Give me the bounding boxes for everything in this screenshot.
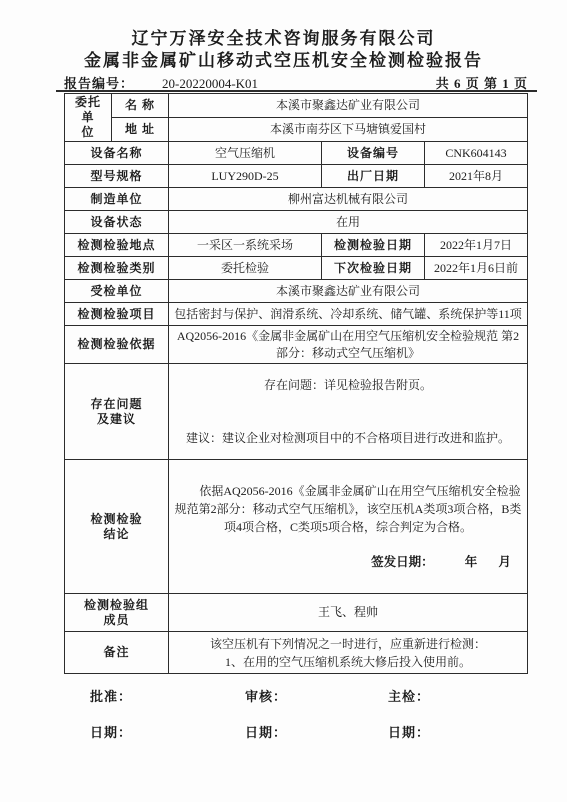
table-row: 检测检验项目 包括密封与保护、润滑系统、冷却系统、储气罐、系统保护等11项 [65, 303, 528, 326]
remark-line2: 1、在用的空气压缩机系统大修后投入使用前。 [173, 653, 523, 671]
chief-date-label: 日期： [388, 722, 508, 741]
mfg-date-value: 2021年8月 [425, 165, 528, 188]
conclusion-value: 依据AQ2056-2016《金属非金属矿山在用空气压缩机安全检验规范第2部分：移… [169, 460, 528, 594]
next-date-label: 下次检验日期 [322, 257, 425, 280]
client-address-value: 本溪市南芬区下马塘镇爱国村 [169, 118, 528, 142]
inspected-unit-label: 受检单位 [65, 280, 169, 303]
table-row: 型号规格 LUY290D-25 出厂日期 2021年8月 [65, 165, 528, 188]
inspect-date-label: 检测检验日期 [322, 234, 425, 257]
problems-label: 存在问题 及建议 [65, 364, 169, 460]
report-header: 辽宁万泽安全技术咨询服务有限公司 金属非金属矿山移动式空压机安全检测检验报告 [0, 28, 567, 72]
model-value: LUY290D-25 [169, 165, 322, 188]
remark-line1: 该空压机有下列情况之一时进行，应重新进行检测： [173, 635, 523, 653]
sign-date-line: 签发日期： 年 月 [173, 554, 523, 571]
inspect-date-value: 2022年1月7日 [425, 234, 528, 257]
items-label: 检测检验项目 [65, 303, 169, 326]
team-value: 王飞、程帅 [169, 594, 528, 632]
team-label-line1: 检测检验组 [69, 598, 164, 613]
team-label: 检测检验组 成员 [65, 594, 169, 632]
sign-year-label: 年 [465, 555, 478, 569]
conclusion-label-line1: 检测检验 [69, 512, 164, 527]
manufacturer-label: 制造单位 [65, 188, 169, 211]
company-title: 辽宁万泽安全技术咨询服务有限公司 [0, 28, 567, 50]
client-group-label-line1: 委托 单 [69, 95, 107, 125]
report-title: 金属非金属矿山移动式空压机安全检测检验报告 [0, 50, 567, 72]
basis-value: AQ2056-2016《金属非金属矿山在用空气压缩机安全检验规范 第2部分：移动… [169, 326, 528, 364]
next-date-value: 2022年1月6日前 [425, 257, 528, 280]
location-label: 检测检验地点 [65, 234, 169, 257]
client-group-label: 委托 单 位 [65, 94, 112, 142]
model-label: 型号规格 [65, 165, 169, 188]
signature-block: 批准： 审核： 主检： 日期： 日期： 日期： [64, 686, 528, 741]
review-label: 审核： [245, 686, 388, 705]
problems-label-line1: 存在问题 [69, 397, 164, 412]
client-name-value: 本溪市聚鑫达矿业有限公司 [169, 94, 528, 118]
chief-inspector-label: 主检： [388, 686, 508, 705]
client-name-label: 名 称 [112, 94, 169, 118]
problems-label-line2: 及建议 [69, 412, 164, 427]
approve-date-label: 日期： [90, 722, 245, 741]
table-row: 备注 该空压机有下列情况之一时进行，应重新进行检测： 1、在用的空气压缩机系统大… [65, 632, 528, 674]
manufacturer-value: 柳州富达机械有限公司 [169, 188, 528, 211]
table-row: 设备名称 空气压缩机 设备编号 CNK604143 [65, 142, 528, 165]
device-name-label: 设备名称 [65, 142, 169, 165]
sign-month-label: 月 [498, 555, 511, 569]
table-row: 设备状态 在用 [65, 211, 528, 234]
table-row: 检测检验组 成员 王飞、程帅 [65, 594, 528, 632]
table-row: 检测检验地点 一采区一系统采场 检测检验日期 2022年1月7日 [65, 234, 528, 257]
remark-value: 该空压机有下列情况之一时进行，应重新进行检测： 1、在用的空气压缩机系统大修后投… [169, 632, 528, 674]
table-row: 检测检验 结论 依据AQ2056-2016《金属非金属矿山在用空气压缩机安全检验… [65, 460, 528, 594]
table-row: 受检单位 本溪市聚鑫达矿业有限公司 [65, 280, 528, 303]
location-value: 一采区一系统采场 [169, 234, 322, 257]
status-label: 设备状态 [65, 211, 169, 234]
inspected-unit-value: 本溪市聚鑫达矿业有限公司 [169, 280, 528, 303]
device-no-value: CNK604143 [425, 142, 528, 165]
signature-roles-row: 批准： 审核： 主检： [64, 686, 528, 705]
items-value: 包括密封与保护、润滑系统、冷却系统、储气罐、系统保护等11项 [169, 303, 528, 326]
device-no-label: 设备编号 [322, 142, 425, 165]
remark-label: 备注 [65, 632, 169, 674]
status-value: 在用 [169, 211, 528, 234]
conclusion-label-line2: 结论 [69, 527, 164, 542]
problems-value: 存在问题：详见检验报告附页。 建议：建议企业对检测项目中的不合格项目进行改进和监… [169, 364, 528, 460]
device-name-value: 空气压缩机 [169, 142, 322, 165]
client-address-label: 地 址 [112, 118, 169, 142]
category-label: 检测检验类别 [65, 257, 169, 280]
report-table: 委托 单 位 名 称 本溪市聚鑫达矿业有限公司 地 址 本溪市南芬区下马塘镇爱国… [64, 93, 528, 674]
client-group-label-line2: 位 [69, 125, 107, 140]
approve-label: 批准： [90, 686, 245, 705]
table-row: 检测检验类别 委托检验 下次检验日期 2022年1月6日前 [65, 257, 528, 280]
signature-dates-row: 日期： 日期： 日期： [64, 722, 528, 741]
table-row: 制造单位 柳州富达机械有限公司 [65, 188, 528, 211]
mfg-date-label: 出厂日期 [322, 165, 425, 188]
category-value: 委托检验 [169, 257, 322, 280]
problems-advice-text: 建议：建议企业对检测项目中的不合格项目进行改进和监护。 [173, 430, 523, 446]
table-row: 存在问题 及建议 存在问题：详见检验报告附页。 建议：建议企业对检测项目中的不合… [65, 364, 528, 460]
header-rule [56, 90, 537, 92]
table-row: 委托 单 位 名 称 本溪市聚鑫达矿业有限公司 [65, 94, 528, 118]
sign-date-label: 签发日期： [371, 555, 434, 569]
problems-issue-text: 存在问题：详见检验报告附页。 [173, 377, 523, 393]
conclusion-text: 依据AQ2056-2016《金属非金属矿山在用空气压缩机安全检验规范第2部分：移… [173, 482, 523, 536]
table-row: 检测检验依据 AQ2056-2016《金属非金属矿山在用空气压缩机安全检验规范 … [65, 326, 528, 364]
report-page: 辽宁万泽安全技术咨询服务有限公司 金属非金属矿山移动式空压机安全检测检验报告 报… [0, 0, 567, 802]
table-row: 地 址 本溪市南芬区下马塘镇爱国村 [65, 118, 528, 142]
basis-label: 检测检验依据 [65, 326, 169, 364]
review-date-label: 日期： [245, 722, 388, 741]
conclusion-label: 检测检验 结论 [65, 460, 169, 594]
team-label-line2: 成员 [69, 613, 164, 628]
